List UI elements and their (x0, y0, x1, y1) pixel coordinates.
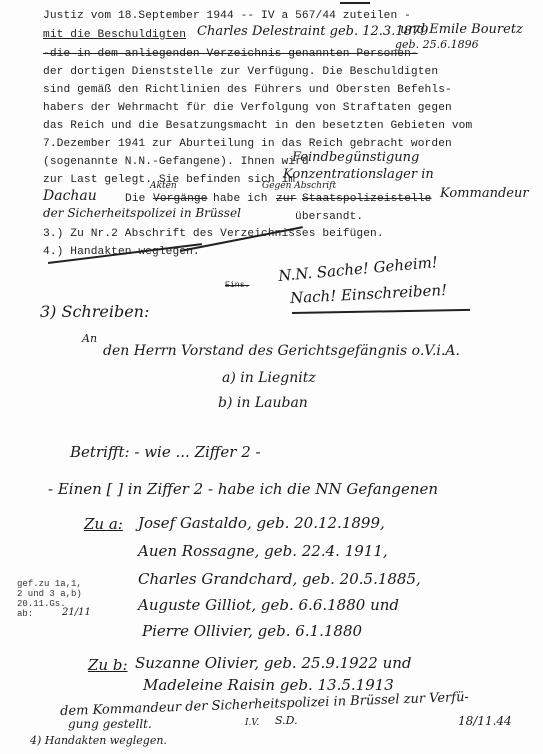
typed-die: Die (125, 193, 145, 205)
typed-line-9: (sogenannte N.N.-Gefangene). Ihnen wird (43, 156, 309, 168)
scanned-document-page: Justiz vom 18.September 1944 -- IV a 567… (0, 0, 543, 754)
typed-line-3-struck: -die in dem anliegenden Verzeichnis gena… (43, 48, 418, 60)
handwritten-charge: Feindbegünstigung (292, 150, 419, 165)
prisoner-a-2: Auen Rossagne, geb. 22.4. 1911, (138, 542, 388, 560)
handwritten-insert-akten: Akten (150, 181, 177, 191)
handwritten-an: An (82, 332, 97, 345)
handwritten-final: 4) Handakten weglegen. (30, 734, 167, 747)
handwritten-accused-2: und Emile Bouretz (400, 22, 523, 37)
top-rule (340, 2, 370, 4)
handwritten-kommandeur: Kommandeur (440, 186, 529, 201)
typed-line-1: Justiz vom 18.September 1944 -- IV a 567… (43, 10, 411, 22)
handwritten-date-mark: 18/11.44 (458, 714, 512, 728)
handwritten-addressee: den Herrn Vorstand des Gerichtsgefängnis… (103, 343, 460, 359)
typed-line-5: sind gemäß den Richtlinien des Führers u… (43, 84, 452, 96)
handwritten-camp: Konzentrationslager in (283, 167, 434, 182)
typed-eins: Eins. (225, 281, 250, 290)
handwritten-insert-abschrift: Gegen Abschrift (262, 181, 336, 191)
prisoner-a-5: Pierre Ollivier, geb. 6.1.1880 (142, 622, 362, 640)
prisoner-a-4: Auguste Gilliot, geb. 6.6.1880 und (138, 596, 399, 614)
margin-note-line-1: gef.zu 1a,1, (17, 580, 82, 589)
handwritten-closing-1: dem Kommandeur der Sicherheitspolizei in… (60, 690, 469, 719)
handwritten-zu-a: Zu a: (84, 515, 123, 533)
typed-line-7: das Reich und die Besatzungsmacht in den… (43, 120, 472, 132)
handwritten-signature: S.D. (275, 714, 298, 727)
handwritten-registered: Nach! Einschreiben! (290, 281, 448, 307)
handwritten-addr-a: a) in Liegnitz (222, 370, 316, 386)
handwritten-betrifft: Betrifft: - wie ... Ziffer 2 - (70, 443, 261, 461)
prisoner-a-3: Charles Grandchard, geb. 20.5.1885, (138, 570, 421, 588)
handwritten-accused-1: Charles Delestraint geb. 12.3.1879 (197, 24, 428, 39)
prisoner-b-1: Suzanne Olivier, geb. 25.9.1922 und (135, 654, 412, 672)
underline-notes (292, 309, 470, 314)
margin-note-line-4: ab: (17, 610, 33, 619)
typed-line-2: mit die Beschuldigten (43, 29, 186, 41)
typed-struck-zur: zur (276, 193, 296, 205)
prisoner-b-2: Madeleine Raisin geb. 13.5.1913 (143, 676, 394, 694)
typed-struck-staatspolizeistelle: Staatspolizeistelle (302, 193, 431, 205)
handwritten-place: Dachau (43, 188, 97, 204)
handwritten-schreiben: 3) Schreiben: (40, 302, 149, 321)
typed-item-3: 3.) Zu Nr.2 Abschrift des Verzeichnisses… (43, 228, 384, 240)
handwritten-zu-b: Zu b: (88, 656, 128, 674)
handwritten-addr-b: b) in Lauban (218, 395, 308, 411)
typed-habe-ich: habe ich (213, 193, 268, 205)
margin-note-handwritten: 21/11 (62, 607, 91, 618)
typed-line-6: habers der Wehrmacht für die Verfolgung … (43, 102, 452, 114)
handwritten-security-police: der Sicherheitspolizei in Brüssel (43, 206, 241, 220)
typed-uebersandt: übersandt. (295, 211, 363, 223)
typed-line-8: 7.Dezember 1941 zur Aburteilung in das R… (43, 138, 452, 150)
margin-note-line-2: 2 und 3 a,b) (17, 590, 82, 599)
typed-line-4: der dortigen Dienststelle zur Verfügung.… (43, 66, 438, 78)
handwritten-nn-secret: N.N. Sache! Geheim! (278, 253, 439, 285)
handwritten-ziffer-line: - Einen [ ] in Ziffer 2 - habe ich die N… (48, 480, 438, 498)
margin-note-line-3: 20.11.Gs. (17, 600, 66, 609)
prisoner-a-1: Josef Gastaldo, geb. 20.12.1899, (138, 514, 385, 532)
handwritten-iv: I.V. (245, 718, 259, 728)
handwritten-closing-2: gung gestellt. (68, 717, 152, 731)
typed-struck-vorgaenge: Vorgänge (153, 193, 208, 205)
